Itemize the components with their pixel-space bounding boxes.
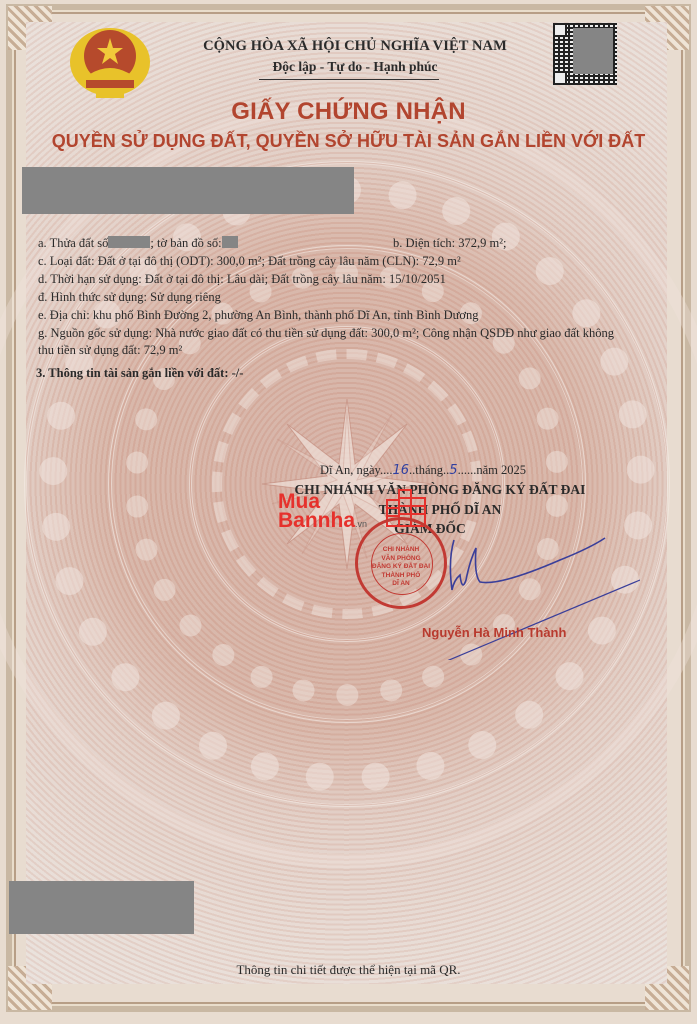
qr-redaction	[573, 28, 613, 74]
bottom-redaction	[9, 881, 194, 934]
watermark-logo: Mua Bannha.vn	[278, 492, 367, 534]
certificate-page: CỘNG HÒA XÃ HỘI CHỦ NGHĨA VIỆT NAM Độc l…	[0, 0, 697, 1024]
certificate-subtitle: QUYỀN SỬ DỤNG ĐẤT, QUYỀN SỞ HỮU TÀI SẢN …	[0, 131, 697, 152]
owner-info-redaction	[22, 167, 354, 214]
land-origin-cont: thu tiền sử dụng đất: 72,9 m²	[38, 343, 182, 358]
land-parcel-number: a. Thửa đất số; tờ bản đồ số:	[38, 236, 238, 251]
land-origin: g. Nguồn gốc sử dụng: Nhà nước giao đất …	[38, 326, 614, 341]
land-use-term: d. Thời hạn sử dụng: Đất ở tại đô thị: L…	[38, 272, 446, 287]
land-use-form: đ. Hình thức sử dụng: Sử dụng riêng	[38, 290, 221, 305]
certificate-title: GIẤY CHỨNG NHẬN	[0, 98, 697, 126]
issue-day: 16	[392, 463, 409, 478]
map-sheet-redaction	[222, 236, 238, 248]
land-type: c. Loại đất: Đất ở tại đô thị (ODT): 300…	[38, 254, 461, 269]
assets-heading: 3. Thông tin tài sản gắn liền với đất: -…	[36, 366, 243, 381]
issue-place-date: Dĩ An, ngày....16..tháng..5......năm 202…	[320, 463, 526, 478]
land-address: e. Địa chỉ: khu phố Bình Đường 2, phường…	[38, 308, 479, 323]
parcel-number-redaction	[108, 236, 150, 248]
issue-month: 5	[449, 463, 457, 478]
official-stamp: CHI NHÁNH VĂN PHÒNG ĐĂNG KÝ ĐẤT ĐAI THÀN…	[355, 517, 447, 609]
land-area: b. Diện tích: 372,9 m²;	[393, 236, 506, 251]
national-motto: Độc lập - Tự do - Hạnh phúc	[185, 59, 525, 75]
national-emblem-icon	[66, 26, 154, 102]
motto-underline	[259, 79, 439, 80]
signer-name: Nguyễn Hà Minh Thành	[422, 625, 566, 640]
nation-name: CỘNG HÒA XÃ HỘI CHỦ NGHĨA VIỆT NAM	[185, 38, 525, 55]
qr-footer-note: Thông tin chi tiết được thể hiện tại mã …	[0, 962, 697, 978]
